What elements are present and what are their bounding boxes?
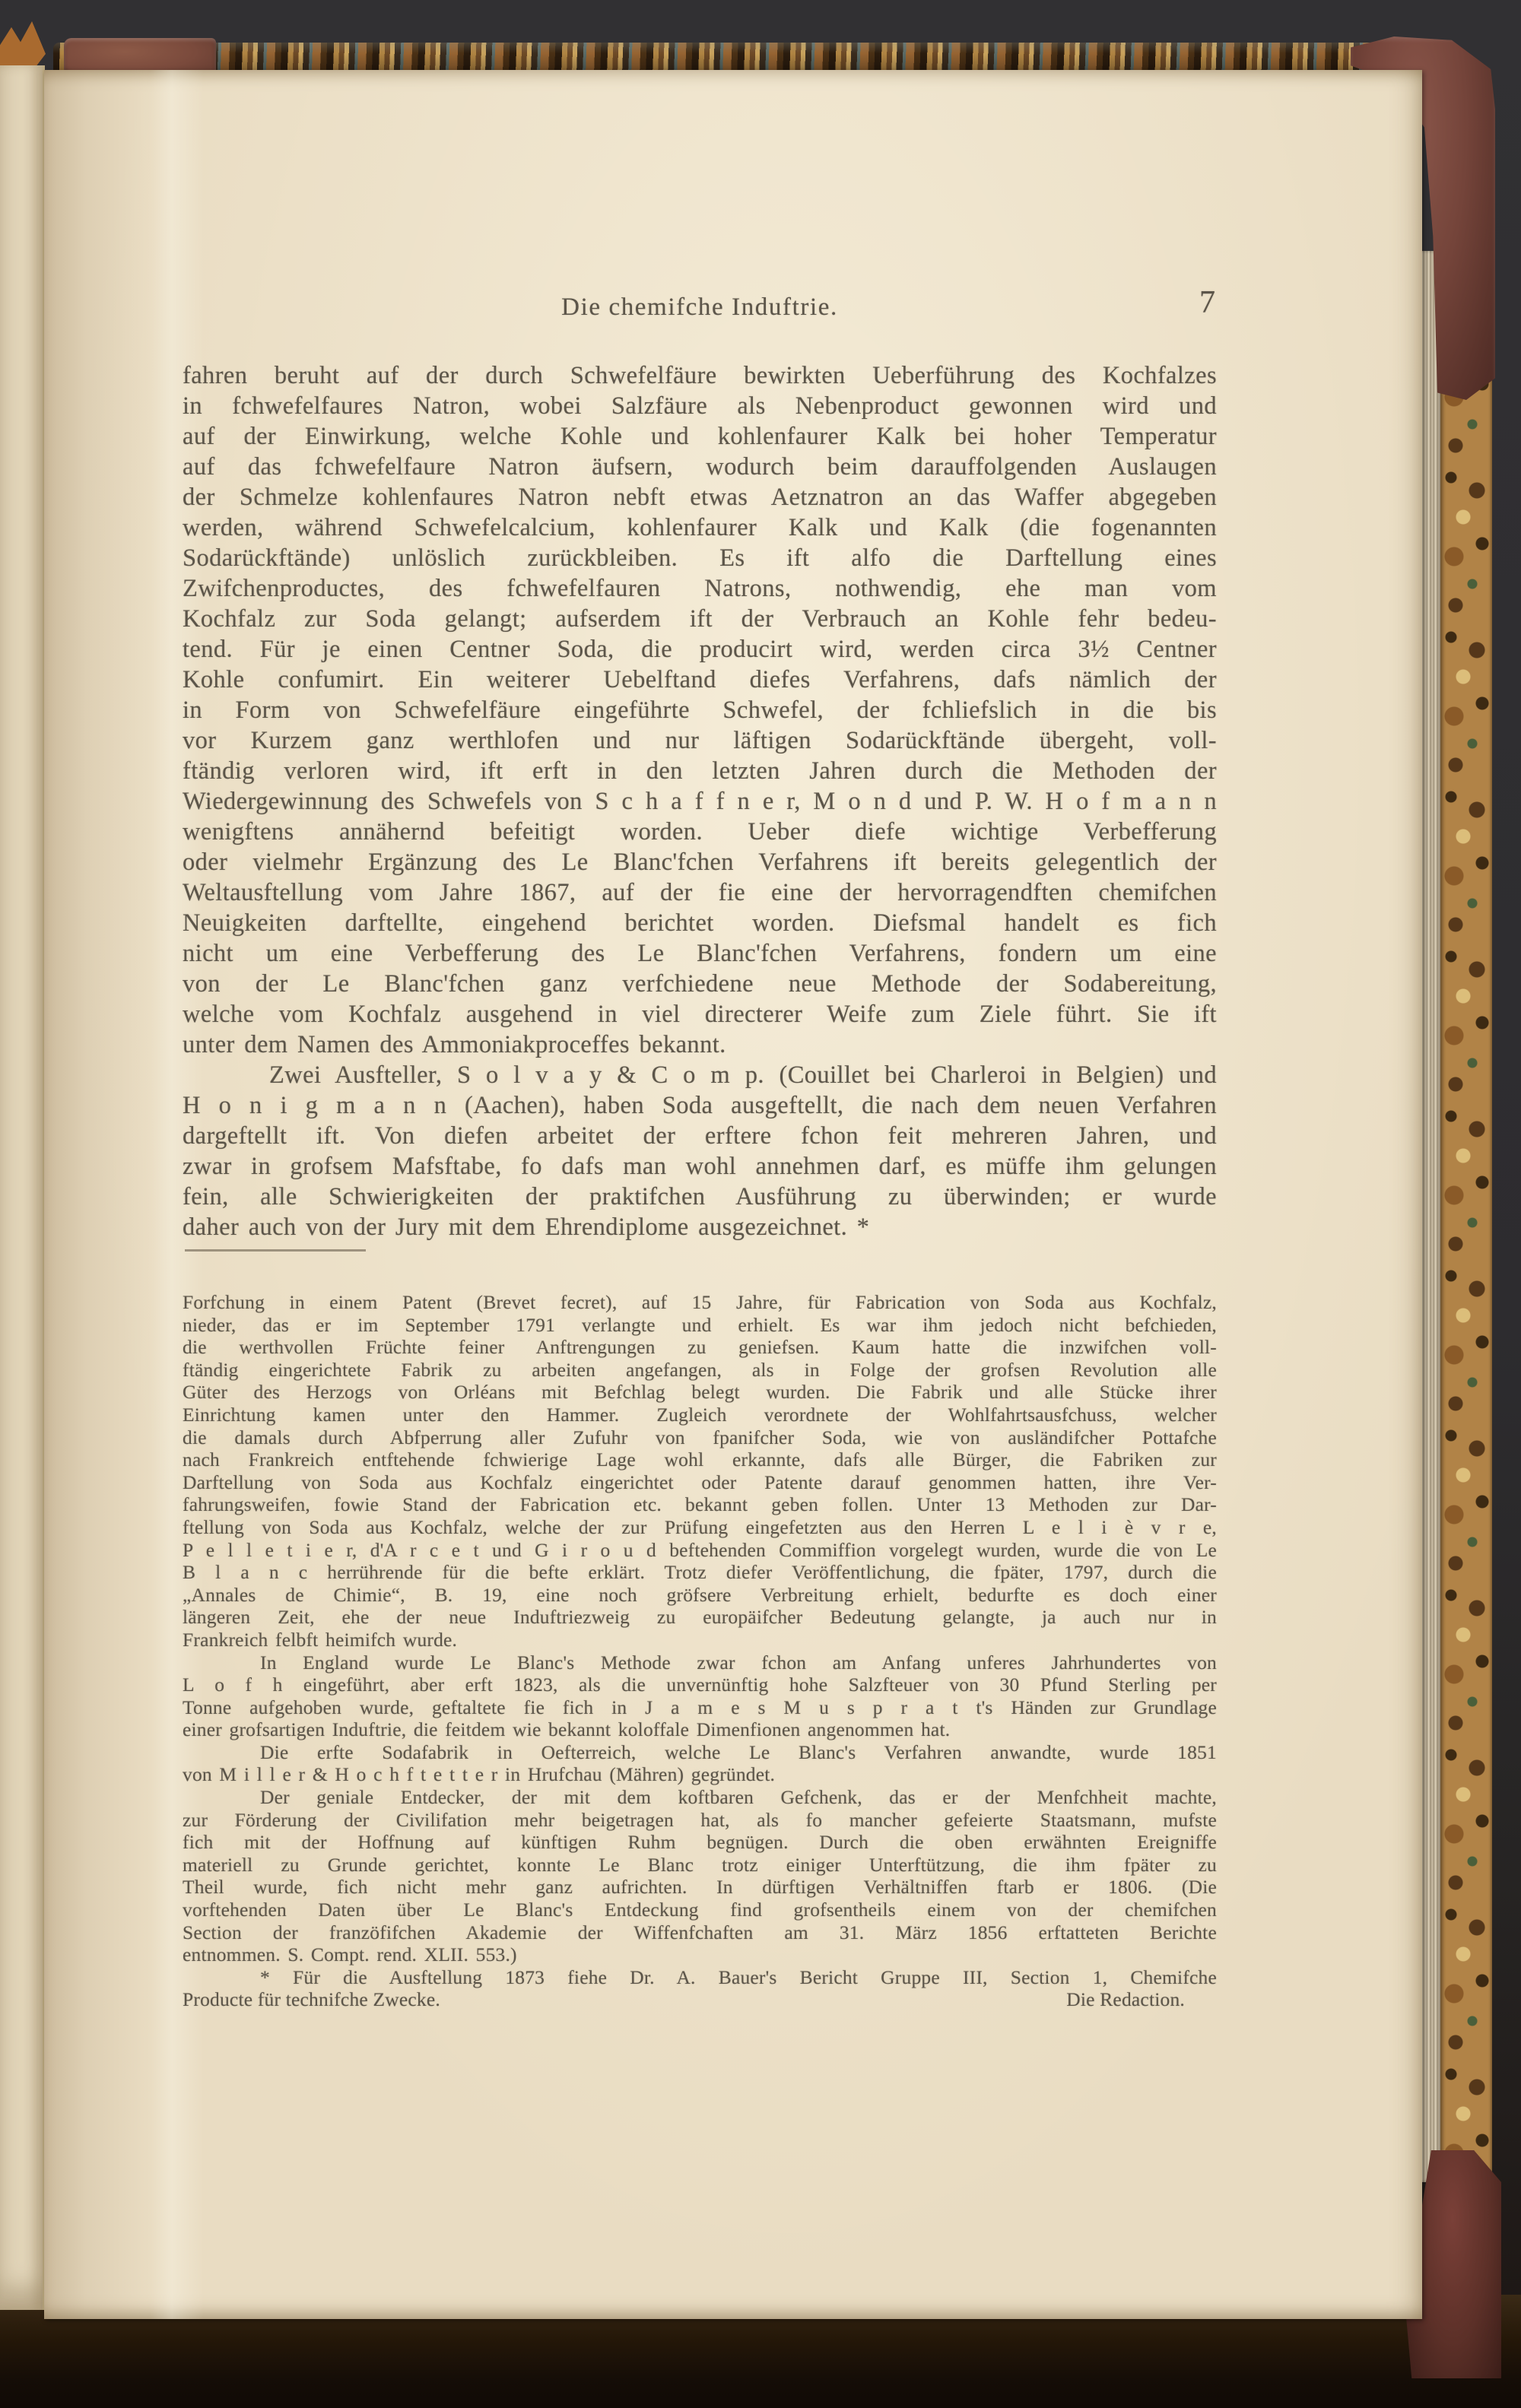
text-line: in Form von Schwefelfäure eingeführte Sc…: [183, 695, 1217, 725]
text-line: entnommen. S. Compt. rend. XLII. 553.): [183, 1943, 1217, 1966]
text-line: Darftellung von Soda aus Kochfalz einger…: [183, 1471, 1217, 1494]
text-line: tend. Für je einen Centner Soda, die pro…: [183, 634, 1217, 665]
footnote-block: Forfchung in einem Patent (Brevet fecret…: [183, 1291, 1217, 2011]
text-line: einer grofsartigen Induftrie, die feitde…: [183, 1718, 1217, 1741]
text-line: unter dem Namen des Ammoniakproceffes be…: [183, 1030, 1217, 1060]
text-line: Tonne aufgehoben wurde, geftaltete fie f…: [183, 1696, 1217, 1719]
text-line: Güter des Herzogs von Orléans mit Befchl…: [183, 1381, 1217, 1404]
text-line: nicht um eine Verbefferung des Le Blanc'…: [183, 938, 1217, 969]
text-line: fich mit der Hoffnung auf künftigen Ruhm…: [183, 1831, 1217, 1854]
text-line: „Annales de Chimie“, B. 19, eine noch gr…: [183, 1584, 1217, 1607]
text-line: ftändig eingerichtete Fabrik zu arbeiten…: [183, 1359, 1217, 1382]
text-line: nach Frankreich entftehende fchwierige L…: [183, 1448, 1217, 1471]
text-line: fein, alle Schwierigkeiten der praktifch…: [183, 1182, 1217, 1212]
text-line: in fchwefelfaures Natron, wobei Salzfäur…: [183, 391, 1217, 421]
text-line: wenigftens annähernd befeitigt worden. U…: [183, 817, 1217, 847]
book-photo-canvas: { "scan": { "running_header": { "title":…: [0, 0, 1521, 2408]
text-line: Section der franzöfifchen Akademie der W…: [183, 1921, 1217, 1944]
text-line: auf das fchwefelfaure Natron äufsern, wo…: [183, 452, 1217, 482]
previous-page-edge: [0, 65, 45, 2310]
text-line: dargeftellt ift. Von diefen arbeitet der…: [183, 1121, 1217, 1151]
book-page: Die chemifche Induftrie. 7 fahren beruht…: [44, 70, 1422, 2319]
running-header: Die chemifche Induftrie. 7: [183, 292, 1217, 322]
text-line: der Schmelze kohlenfaures Natron nebft e…: [183, 482, 1217, 512]
text-line: * Für die Ausftellung 1873 fiehe Dr. A. …: [183, 1966, 1217, 1989]
text-line: Wiedergewinnung des Schwefels von S c h …: [183, 786, 1217, 817]
text-line: vorftehenden Daten über Le Blanc's Entde…: [183, 1899, 1217, 1921]
page-stack-edge: [1421, 251, 1442, 2182]
text-line: Theil wurde, fich nicht mehr ganz aufric…: [183, 1876, 1217, 1899]
text-line: die damals durch Abfperrung aller Zufuhr…: [183, 1426, 1217, 1449]
text-line: zwar in grofsem Mafsftabe, fo dafs man w…: [183, 1151, 1217, 1182]
text-line: P e l l e t i e r, d'A r c e t und G i r…: [183, 1539, 1217, 1562]
running-header-title: Die chemifche Induftrie.: [561, 293, 838, 321]
text-line: längeren Zeit, ehe der neue Induftriezwe…: [183, 1606, 1217, 1629]
text-line: Einrichtung kamen unter den Hammer. Zugl…: [183, 1404, 1217, 1426]
text-line: Forfchung in einem Patent (Brevet fecret…: [183, 1291, 1217, 1314]
text-line: vor Kurzem ganz werthlofen und nur läfti…: [183, 725, 1217, 756]
text-line: Kochfalz zur Soda gelangt; aufserdem ift…: [183, 604, 1217, 634]
text-line: Frankreich felbft heimifch wurde.: [183, 1629, 1217, 1651]
text-line: ftellung von Soda aus Kochfalz, welche d…: [183, 1516, 1217, 1539]
text-line: Neuigkeiten darftellte, eingehend berich…: [183, 908, 1217, 938]
text-line: fahren beruht auf der durch Schwefelfäur…: [183, 360, 1217, 391]
text-line: Zwifchenproductes, des fchwefelfauren Na…: [183, 573, 1217, 604]
footnote-lines: Forfchung in einem Patent (Brevet fecret…: [183, 1291, 1217, 1988]
text-line: Sodarückftände) unlöslich zurückbleiben.…: [183, 543, 1217, 573]
text-line: daher auch von der Jury mit dem Ehrendip…: [183, 1212, 1217, 1242]
text-line: Zwei Ausfteller, S o l v a y & C o m p. …: [183, 1060, 1217, 1090]
footnote-last-line: Producte für technifche Zwecke. Die Reda…: [183, 1988, 1217, 2011]
text-line: von der Le Blanc'fchen ganz verfchiedene…: [183, 969, 1217, 999]
text-line: H o n i g m a n n (Aachen), haben Soda a…: [183, 1090, 1217, 1121]
footnote-signature: Die Redaction.: [1066, 1988, 1185, 2011]
text-line: von M i l l e r & H o c h f t e t t e r …: [183, 1763, 1217, 1786]
text-line: B l a n c herrührende für die befte erkl…: [183, 1561, 1217, 1584]
text-line: L o f h eingeführt, aber erft 1823, als …: [183, 1674, 1217, 1696]
text-line: materiell zu Grunde gerichtet, konnte Le…: [183, 1854, 1217, 1877]
text-line: Die erfte Sodafabrik in Oefterreich, wel…: [183, 1741, 1217, 1764]
footnote-text: Producte für technifche Zwecke.: [183, 1988, 440, 2011]
text-line: werden, während Schwefelcalcium, kohlenf…: [183, 512, 1217, 543]
text-line: oder vielmehr Ergänzung des Le Blanc'fch…: [183, 847, 1217, 877]
text-line: die werthvollen Früchte feiner Anftrengu…: [183, 1336, 1217, 1359]
text-line: Kohle confumirt. Ein weiterer Uebelftand…: [183, 665, 1217, 695]
text-line: In England wurde Le Blanc's Methode zwar…: [183, 1651, 1217, 1674]
text-line: Der geniale Entdecker, der mit dem koftb…: [183, 1786, 1217, 1809]
text-line: zur Förderung der Civilifation mehr beig…: [183, 1809, 1217, 1832]
marbled-cover-edge-right: [1440, 304, 1492, 2175]
footnote-separator: [185, 1249, 366, 1252]
text-line: fahrungsweifen, fowie Stand der Fabricat…: [183, 1493, 1217, 1516]
text-line: welche vom Kochfalz ausgehend in viel di…: [183, 999, 1217, 1030]
text-line: auf der Einwirkung, welche Kohle und koh…: [183, 421, 1217, 452]
text-line: ftändig verloren wird, ift erft in den l…: [183, 756, 1217, 786]
marbled-book-top-edge: [53, 43, 1434, 73]
text-line: Weltausftellung vom Jahre 1867, auf der …: [183, 877, 1217, 908]
body-text-block: fahren beruht auf der durch Schwefelfäur…: [183, 360, 1217, 1242]
text-line: nieder, das er im September 1791 verlang…: [183, 1314, 1217, 1337]
page-number: 7: [1199, 287, 1215, 318]
